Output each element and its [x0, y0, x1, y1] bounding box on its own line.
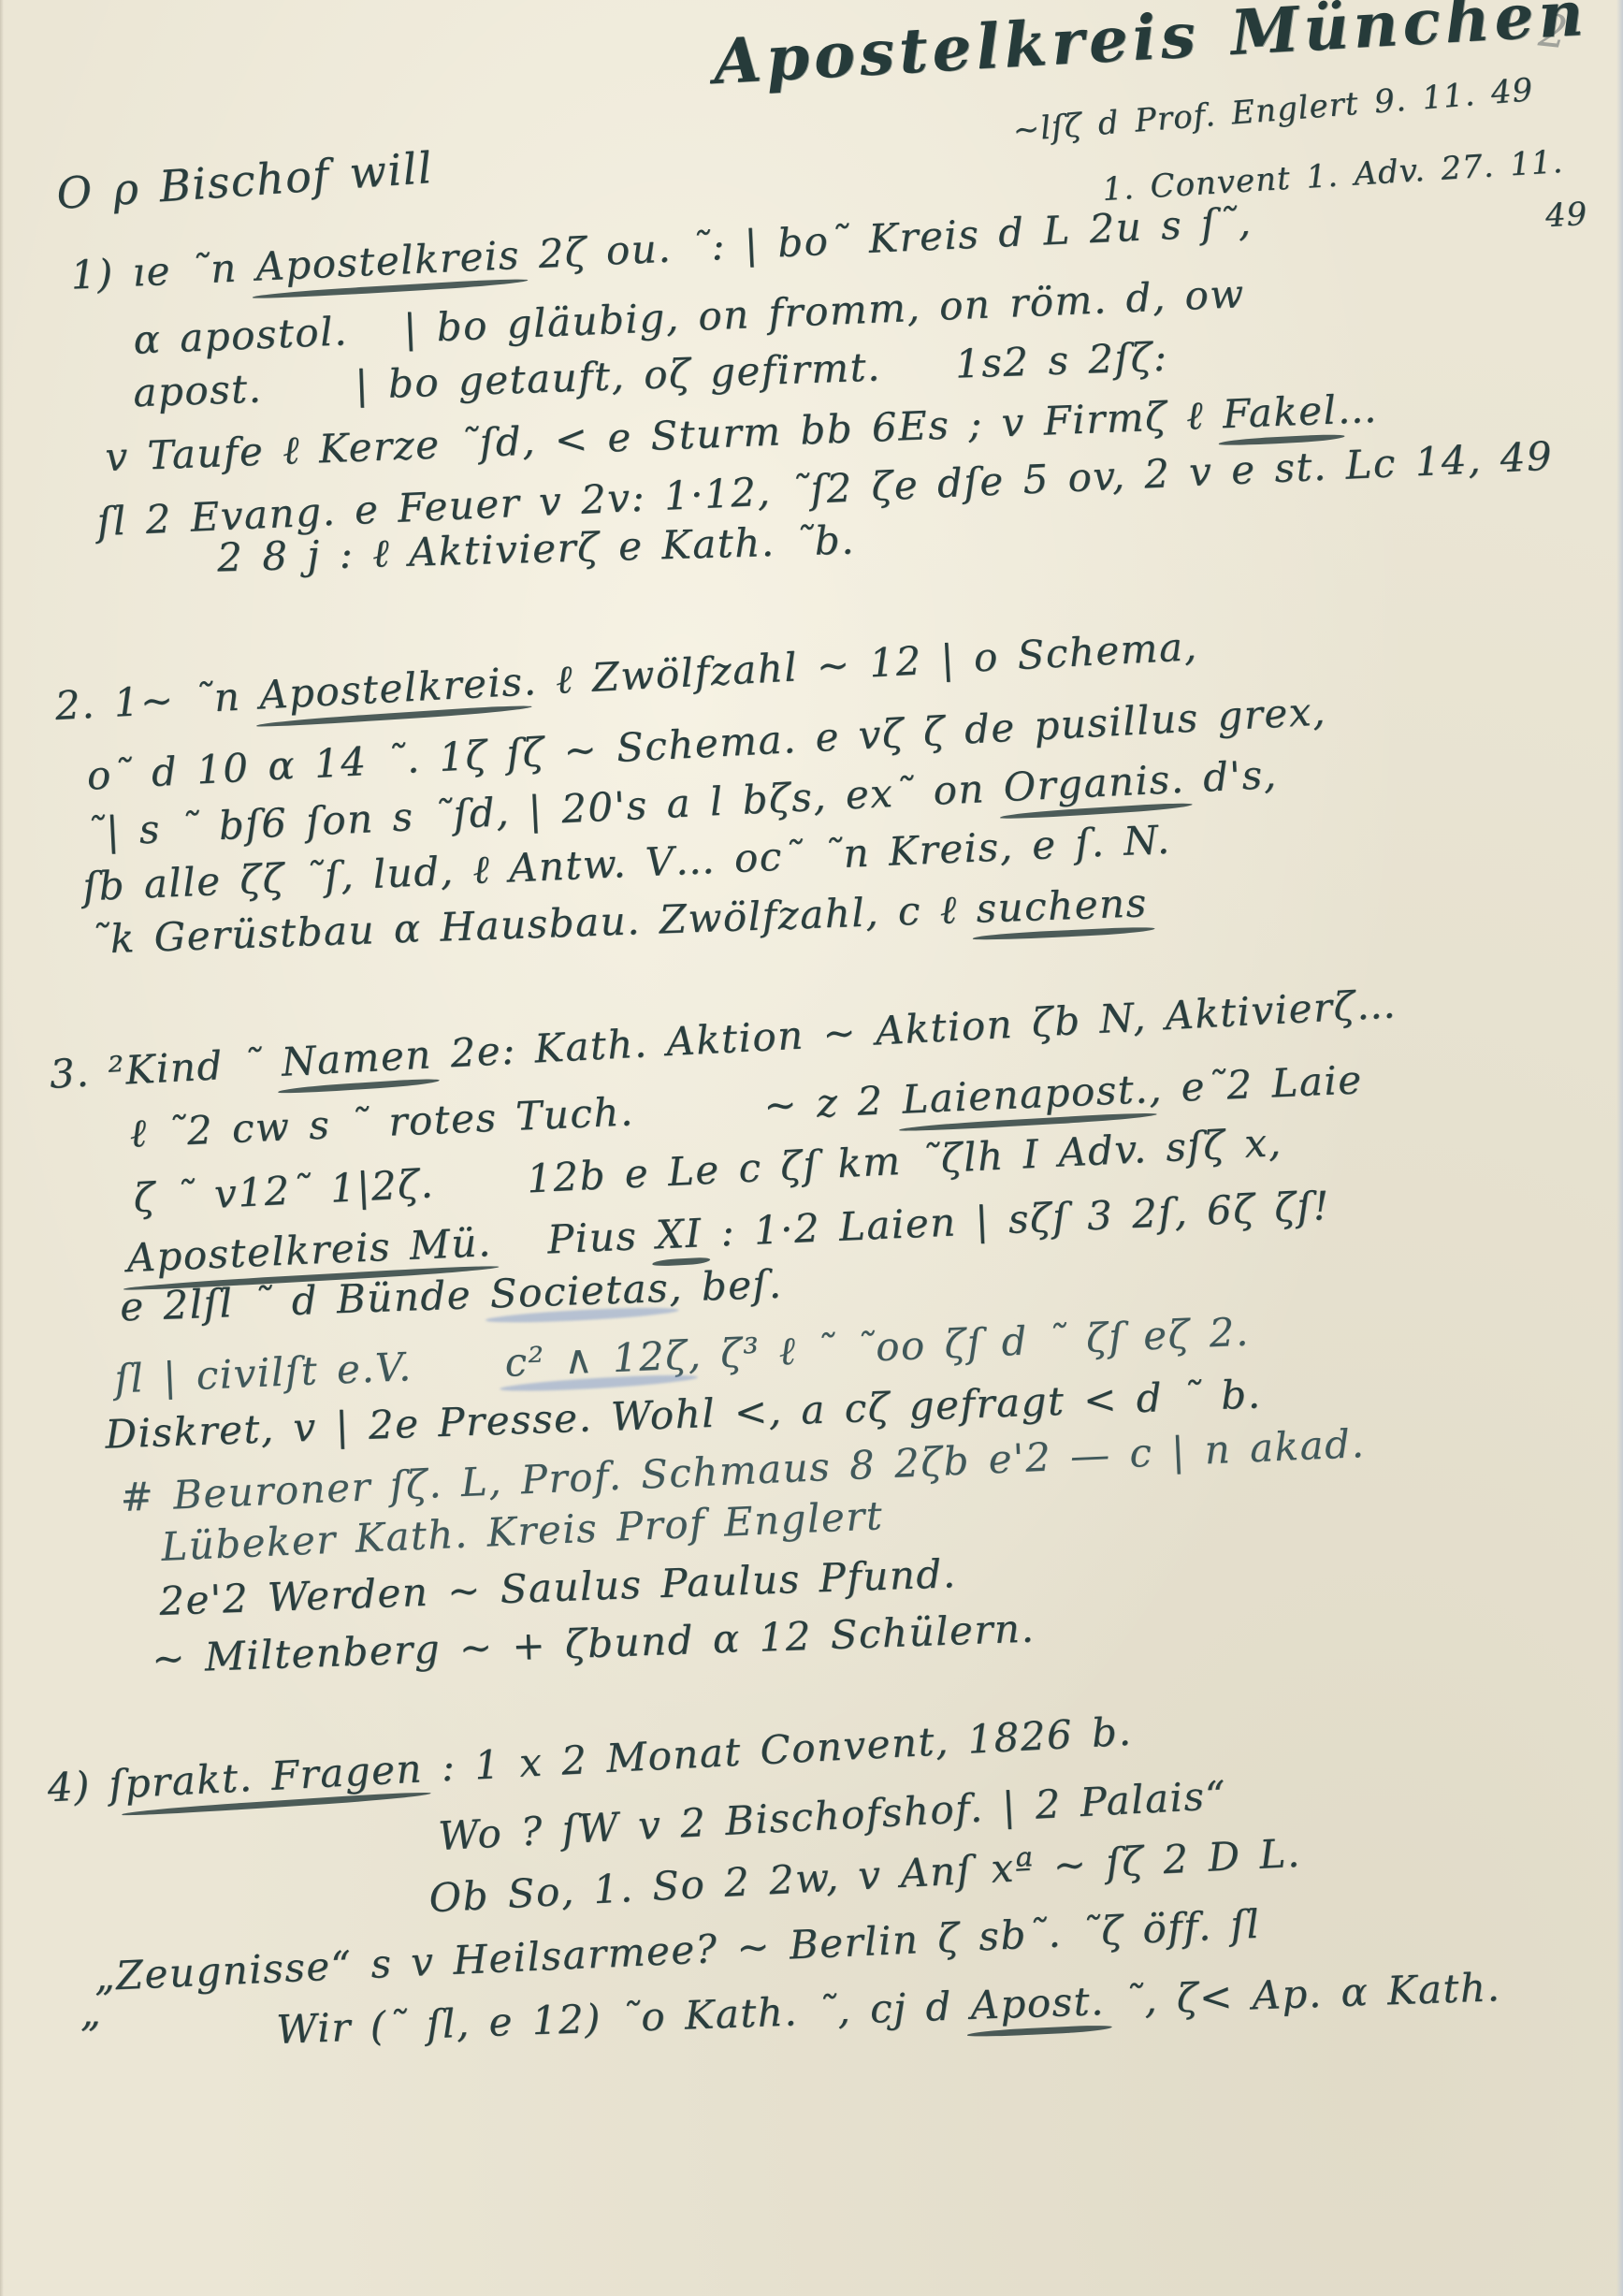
intro-line: O ρ Bischof will — [55, 144, 435, 218]
stray-quote-mark: „ — [80, 1991, 102, 2034]
header-note-year: 49 — [1544, 197, 1588, 235]
header-note-convent-date: 1. Convent 1. Adv. 27. 11. — [1101, 145, 1564, 208]
manuscript-page: 2 Apostelkreis München ~lſζ d Prof. Engl… — [0, 0, 1623, 2296]
page-left-edge — [0, 0, 4, 2296]
page-right-edge — [1616, 0, 1623, 2296]
header-note-author-date: ~lſζ d Prof. Englert 9. 11. 49 — [1011, 73, 1534, 149]
